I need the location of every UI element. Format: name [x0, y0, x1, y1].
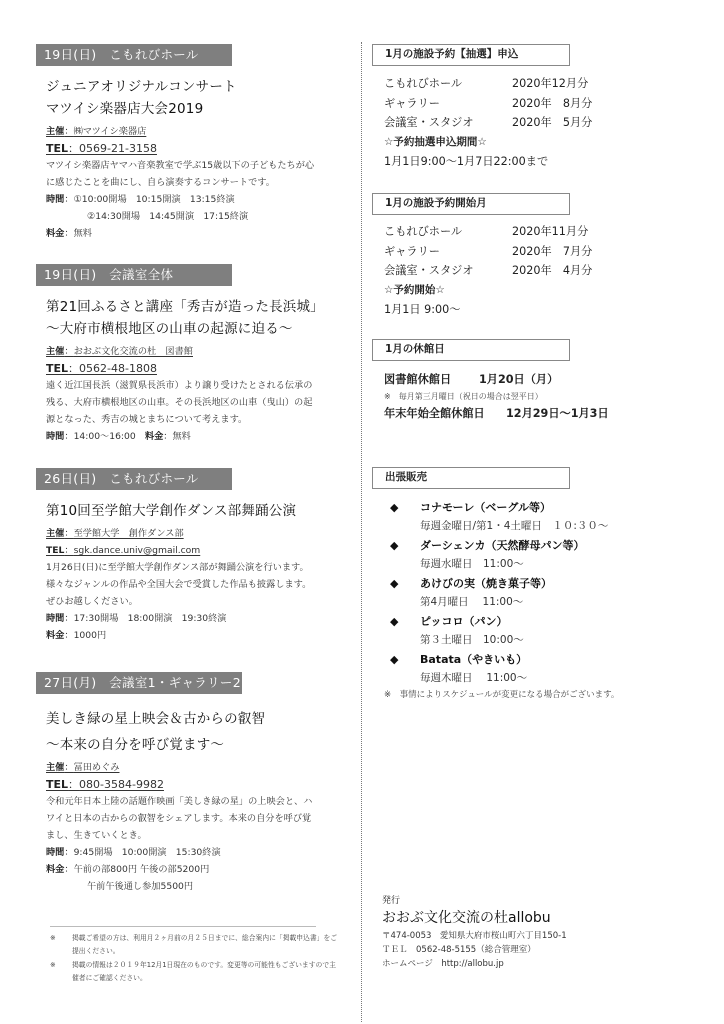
fee-line-2: 午前午後通し参加5500円 [46, 878, 342, 895]
event-3: 26日(日) こもれびホール 第10回至学館大学創作ダンス部舞踊公演 主催：至学… [36, 468, 342, 644]
time-line: 時間：9:45開場 10:00開演 15:30終演 [46, 844, 342, 861]
title-line: ジュニアオリジナルコンサート [46, 76, 342, 98]
publisher-label: 発行 [382, 894, 567, 908]
lottery-period-value: 1月1日9:00～1月7日22:00まで [384, 152, 592, 172]
sales-note: ※ 事情によりスケジュールが変更になる場合がございます。 [384, 688, 619, 703]
sales-section: ◆コナモーレ（ベーグル等） 毎週金曜日/第1・4土曜日 １０:３０～ ◆ダーシェ… [390, 498, 619, 703]
tel-line: TEL：0562-48-1808 [46, 360, 342, 377]
event-body: 主催：冨田めぐみ TEL：080-3584-9982 令和元年日本上陸の話題作映… [46, 759, 342, 895]
title-line: 第10回至学館大学創作ダンス部舞踊公演 [46, 500, 342, 522]
event-body: 主催：㈱マツイシ楽器店 TEL：0569-21-3158 マツイシ楽器店ヤマハ音… [46, 123, 342, 242]
event-header: 19日(日) 会議室全体 [36, 264, 232, 286]
email-link[interactable]: sgk.dance.univ@gmail.com [74, 545, 201, 556]
publisher-address: 〒474-0053 愛知県大府市桜山町六丁目150-1 [382, 929, 567, 943]
description: 遠く近江国長浜（滋賀県長浜市）より譲り受けたとされる伝承の 残る、大府市横根地区… [46, 377, 342, 428]
lottery-row: ギャラリー2020年 8月分 [384, 94, 592, 114]
footnote: ※掲載ご希望の方は、利用月２ヶ月前の月２５日までに、総合案内に「掲載申込書」をご… [50, 932, 340, 957]
closed-days-section: 図書館休館日1月20日（月） ※ 毎月第三月曜日（祝日の場合は翌平日） 年末年始… [384, 370, 609, 423]
title-line: ～大府市横根地区の山車の起源に迫る～ [46, 318, 342, 340]
vendor-item: ◆ピッコロ（パン） 第３土曜日 10:00～ [390, 612, 619, 650]
booking-row: こもれびホール2020年11月分 [384, 222, 592, 242]
title-line: 美しき緑の星上映会＆古からの叡智 [46, 708, 342, 730]
fee-line: 料金：午前の部800円 午後の部5200円 [46, 861, 342, 878]
tel: 080-3584-9982 [79, 778, 164, 791]
diamond-bullet-icon: ◆ [390, 498, 420, 517]
event-4: 27日(月) 会議室1・ギャラリー2 美しき緑の星上映会＆古からの叡智 ～本来の… [36, 672, 342, 895]
tel: 0569-21-3158 [79, 142, 157, 155]
lottery-period-label: ☆予約抽選申込期間☆ [384, 133, 592, 153]
notes-divider [50, 926, 316, 927]
tel: 0562-48-1808 [79, 362, 157, 375]
time-line-2: ②14:30開場 14:45開演 17:15終演 [46, 208, 342, 225]
newsletter-page: 19日(日) こもれびホール ジュニアオリジナルコンサート マツイシ楽器店大会2… [0, 0, 724, 1024]
column-separator [361, 42, 362, 1022]
organizer-line: 主催：おおぶ文化交流の杜 図書館 [46, 343, 342, 360]
diamond-bullet-icon: ◆ [390, 650, 420, 669]
tel-line[interactable]: TEL：sgk.dance.univ@gmail.com [46, 542, 342, 559]
fee-line: 料金：1000円 [46, 627, 342, 644]
lottery-title: 1月の施設予約【抽選】申込 [372, 44, 570, 66]
lottery-row: こもれびホール2020年12月分 [384, 74, 592, 94]
organizer-line: 主催：冨田めぐみ [46, 759, 342, 776]
booking-start-label: ☆予約開始☆ [384, 281, 592, 301]
event-body: 主催：至学館大学 創作ダンス部 TEL：sgk.dance.univ@gmail… [46, 525, 342, 644]
booking-row: ギャラリー2020年 7月分 [384, 242, 592, 262]
diamond-bullet-icon: ◆ [390, 612, 420, 631]
event-2: 19日(日) 会議室全体 第21回ふるさと講座「秀吉が造った長浜城」 ～大府市横… [36, 264, 342, 445]
event-title: 第21回ふるさと講座「秀吉が造った長浜城」 ～大府市横根地区の山車の起源に迫る～ [46, 296, 342, 340]
lottery-row: 会議室・スタジオ2020年 5月分 [384, 113, 592, 133]
description: マツイシ楽器店ヤマハ音楽教室で学ぶ15歳以下の子どもたちが心 に感じたことを曲に… [46, 157, 342, 191]
event-header: 19日(日) こもれびホール [36, 44, 232, 66]
diamond-bullet-icon: ◆ [390, 536, 420, 555]
organizer: おおぶ文化交流の杜 図書館 [74, 346, 193, 357]
description: 令和元年日本上陸の話題作映画「美しき緑の星」の上映会と、ハ ワイと日本の古からの… [46, 793, 342, 844]
publisher-homepage-link[interactable]: ホームページ http://allobu.jp [382, 957, 567, 971]
organizer: ㈱マツイシ楽器店 [74, 126, 147, 137]
event-title: 第10回至学館大学創作ダンス部舞踊公演 [46, 500, 342, 522]
time-line: 時間：17:30開場 18:00開演 19:30終演 [46, 610, 342, 627]
footnote: ※掲載の情報は２０１９年12月1日現在のものです。変更等の可能性もございますので… [50, 959, 340, 984]
tel-line: TEL：080-3584-9982 [46, 776, 342, 793]
event-body: 主催：おおぶ文化交流の杜 図書館 TEL：0562-48-1808 遠く近江国長… [46, 343, 342, 445]
yearend-closed-row: 年末年始全館休館日12月29日～1月3日 [384, 404, 609, 424]
title-line: ～本来の自分を呼び覚ます～ [46, 734, 342, 756]
booking-start-section: こもれびホール2020年11月分 ギャラリー2020年 7月分 会議室・スタジオ… [384, 222, 592, 320]
vendor-item: ◆あけびの実（焼き菓子等） 第4月曜日 11:00～ [390, 574, 619, 612]
library-closed-note: ※ 毎月第三月曜日（祝日の場合は翌平日） [384, 390, 609, 404]
vendor-item: ◆ダーシェンカ（天然酵母パン等） 毎週水曜日 11:00～ [390, 536, 619, 574]
organizer: 至学館大学 創作ダンス部 [74, 528, 184, 539]
tel-line: TEL：0569-21-3158 [46, 140, 342, 157]
publisher-block: 発行 おおぶ文化交流の杜allobu 〒474-0053 愛知県大府市桜山町六丁… [382, 894, 567, 971]
time-line: 時間：①10:00開場 10:15開演 13:15終演 [46, 191, 342, 208]
publisher-name: おおぶ文化交流の杜allobu [382, 908, 567, 929]
organizer: 冨田めぐみ [74, 762, 120, 773]
booking-start-value: 1月1日 9:00～ [384, 300, 592, 320]
organizer-line: 主催：㈱マツイシ楽器店 [46, 123, 342, 140]
vendor-item: ◆コナモーレ（ベーグル等） 毎週金曜日/第1・4土曜日 １０:３０～ [390, 498, 619, 536]
lottery-section: こもれびホール2020年12月分 ギャラリー2020年 8月分 会議室・スタジオ… [384, 74, 592, 172]
title-line: マツイシ楽器店大会2019 [46, 98, 342, 120]
booking-row: 会議室・スタジオ2020年 4月分 [384, 261, 592, 281]
publisher-tel: ＴＥＬ 0562-48-5155（総合管理室） [382, 943, 567, 957]
closed-days-title: 1月の休館日 [372, 339, 570, 361]
event-title: 美しき緑の星上映会＆古からの叡智 ～本来の自分を呼び覚ます～ [46, 708, 342, 756]
diamond-bullet-icon: ◆ [390, 574, 420, 593]
event-1: 19日(日) こもれびホール ジュニアオリジナルコンサート マツイシ楽器店大会2… [36, 44, 342, 242]
time-fee-line: 時間：14:00～16:00 料金：無料 [46, 428, 342, 445]
event-header: 27日(月) 会議室1・ギャラリー2 [36, 672, 242, 694]
title-line: 第21回ふるさと講座「秀吉が造った長浜城」 [46, 296, 342, 318]
fee-line: 料金：無料 [46, 225, 342, 242]
event-title: ジュニアオリジナルコンサート マツイシ楽器店大会2019 [46, 76, 342, 120]
description: 1月26日(日)に至学館大学創作ダンス部が舞踊公演を行います。 様々なジャンルの… [46, 559, 342, 610]
vendor-item: ◆Batata（やきいも） 毎週木曜日 11:00～ [390, 650, 619, 688]
footnotes: ※掲載ご希望の方は、利用月２ヶ月前の月２５日までに、総合案内に「掲載申込書」をご… [50, 932, 340, 984]
sales-title: 出張販売 [372, 467, 570, 489]
library-closed-row: 図書館休館日1月20日（月） [384, 370, 609, 390]
booking-start-title: 1月の施設予約開始月 [372, 193, 570, 215]
organizer-line: 主催：至学館大学 創作ダンス部 [46, 525, 342, 542]
event-header: 26日(日) こもれびホール [36, 468, 232, 490]
